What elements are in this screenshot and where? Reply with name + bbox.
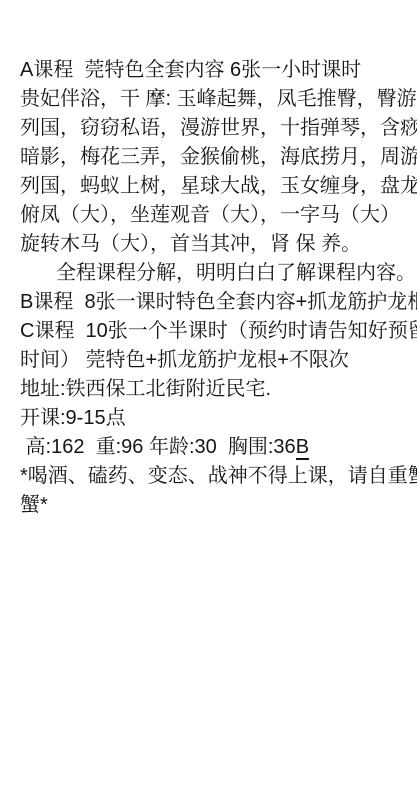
course-c-continued-line: 时间） 莞特色+抓龙筋护龙根+不限次 — [20, 346, 399, 375]
course-b-line: B课程 8张一课时特色全套内容+抓龙筋护龙根 — [20, 288, 399, 317]
schedule-line: 开课:9-15点 — [20, 404, 399, 433]
course-a-content-line: 列国，窃窃私语，漫游世界，十指弹琴，含痧 — [20, 114, 399, 143]
course-a-title-line: A课程 莞特色全套内容 6张一小时课时 — [20, 56, 399, 85]
course-c-line: C课程 10张一个半课时（预约时请告知好预留 — [20, 317, 399, 346]
note-page: A课程 莞特色全套内容 6张一小时课时 贵妃伴浴，干 摩: 玉峰起舞，凤毛推臀，… — [0, 0, 417, 800]
stats-text: 高:162 重:96 年龄:30 胸围:36 — [20, 436, 296, 458]
course-a-content-line: 贵妃伴浴，干 摩: 玉峰起舞，凤毛推臀，臀游 — [20, 85, 399, 114]
course-a-content-line: 暗影，梅花三弄，金猴偷桃，海底捞月，周游 — [20, 143, 399, 172]
course-note-line: 全程课程分解，明明白白了解课程内容。 — [20, 259, 399, 288]
course-a-content-line: 列国，蚂蚁上树，星球大战，玉女缠身，盘龙 — [20, 172, 399, 201]
course-a-content-line: 俯凤（大），坐莲观音（大），一字马（大） — [20, 201, 399, 230]
warning-line: *喝酒、磕药、变态、战神不得上课，请自重蟹 — [20, 462, 399, 491]
warning-continued-line: 蟹* — [20, 491, 399, 520]
address-line: 地址:铁西保工北街附近民宅. — [20, 375, 399, 404]
stats-underlined-suffix: B — [296, 436, 309, 460]
course-a-content-line: 旋转木马（大），首当其冲，肾 保 养。 — [20, 230, 399, 259]
stats-line: 高:162 重:96 年龄:30 胸围:36B — [20, 433, 399, 462]
